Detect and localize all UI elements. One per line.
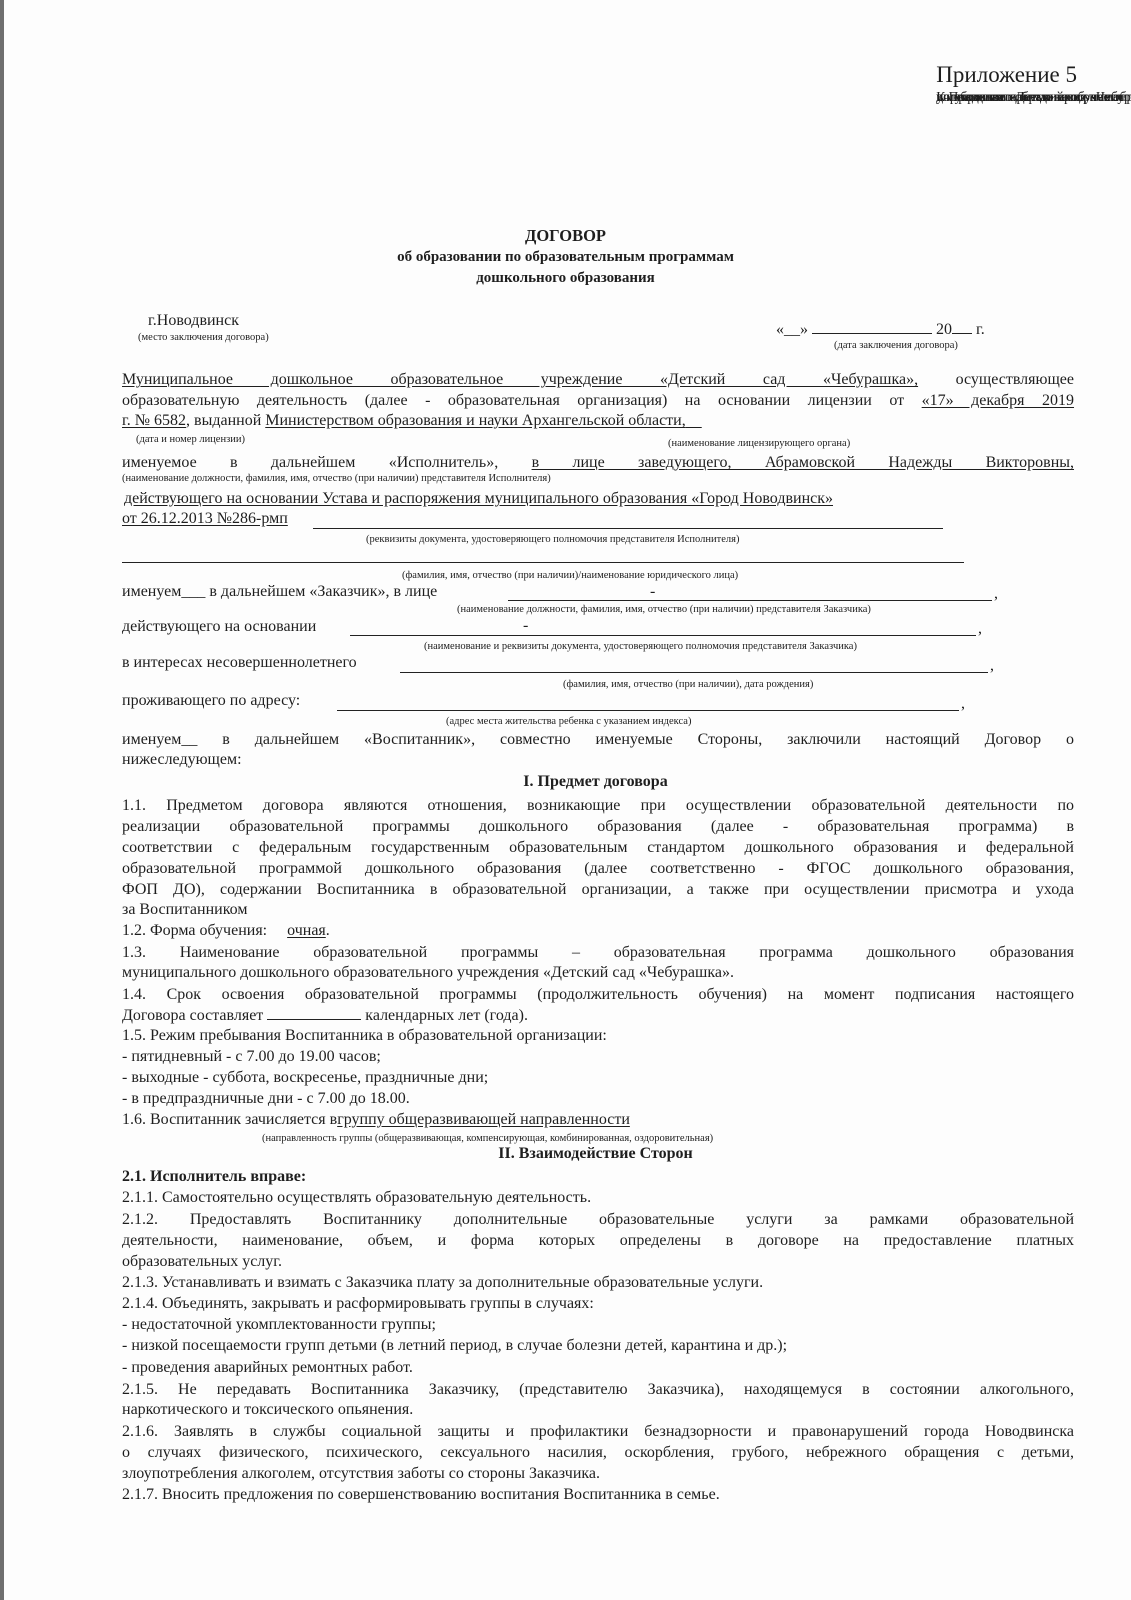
clause-1-6: 1.6. Воспитанник зачисляется вгруппу общ… (122, 1110, 630, 1130)
date-caption: (дата заключения договора) (834, 340, 958, 352)
parties-line: образовательную деятельность (далее - об… (122, 390, 1074, 411)
clause-2-1-line: - проведения аварийных ремонтных работ. (122, 1358, 413, 1378)
parties-line: г. № 6582, выданной Министерством образо… (122, 411, 702, 431)
document-title: ДОГОВОР (0, 226, 1131, 246)
authority-doc-caption: (реквизиты документа, удостоверяющего по… (366, 534, 739, 546)
address-label: проживающего по адресу: (122, 691, 300, 711)
section-2-title: II. Взаимодействие Сторон (30, 1145, 1131, 1163)
clause-1-4: Договора составляет календарных лет (год… (122, 1005, 528, 1026)
customer-label: именуем___ в дальнейшем «Заказчик», в ли… (122, 582, 437, 602)
section-1-title: I. Предмет договора (30, 773, 1131, 791)
license-caption: (дата и номер лицензии) (136, 434, 245, 446)
signature-rule (313, 528, 943, 529)
clause-1-2: 1.2. Форма обучения: очная. (122, 921, 330, 941)
clause-2-1-line: 2.1.2. Предоставлять Воспитаннику дополн… (122, 1209, 1074, 1230)
address-caption: (адрес места жительства ребенка с указан… (446, 716, 691, 728)
comma: , (994, 584, 998, 604)
customer-rep-dash: - (650, 582, 655, 602)
clause-2-1-line: о случаях физического, психического, сек… (122, 1442, 1074, 1463)
clause-2-1-line: - недостаточной укомплектованности групп… (122, 1315, 436, 1335)
clause-1-1: соответствии с федеральным государственн… (122, 837, 1074, 858)
clause-2-1-line: злоупотребления алкоголем, отсутствия за… (122, 1464, 600, 1484)
clause-1-1: реализации образовательной программы дош… (122, 816, 1074, 837)
comma: , (978, 619, 982, 639)
basis-field[interactable] (350, 635, 976, 636)
parties-line: именуемое в дальнейшем «Исполнитель», в … (122, 452, 1074, 473)
address-field[interactable] (337, 710, 959, 711)
parties-line: Муниципальное дошкольное образовательное… (122, 369, 1074, 390)
clause-1-1: ФОП ДО), содержании Воспитанника в образ… (122, 879, 1074, 900)
clause-1-5: - в предпраздничные дни - с 7.00 до 18.0… (122, 1089, 410, 1109)
customer-caption: (фамилия, имя, отчество (при наличии)/на… (402, 570, 738, 582)
clause-2-1-line: наркотического и токсического опьянения. (122, 1400, 413, 1420)
contract-city: г.Новодвинск (148, 311, 239, 331)
contract-date: «__» 20 г. (776, 319, 985, 340)
comma: , (961, 694, 965, 714)
clause-2-1-line: образовательных услуг. (122, 1252, 282, 1272)
licensor-caption: (наименование лицензирующего органа) (668, 438, 850, 450)
clause-2-1-line: 2.1.1. Самостоятельно осуществлять образ… (122, 1188, 591, 1208)
clause-1-3: муниципального дошкольного образовательн… (122, 963, 734, 983)
clause-1-3: 1.3. Наименование образовательной програ… (122, 942, 1074, 963)
clause-1-5: 1.5. Режим пребывания Воспитанника в обр… (122, 1026, 607, 1046)
study-form-value: очная (287, 922, 326, 939)
clause-2-1-line: - низкой посещаемости групп детьми (в ле… (122, 1336, 787, 1356)
appendix-block: Приложение 5 К Правилам приема на обучен… (936, 62, 1077, 88)
date-year-field[interactable] (952, 319, 972, 334)
clause-2-1-line: деятельности, наименование, объем, и фор… (122, 1230, 1074, 1251)
customer-name-field[interactable] (122, 562, 964, 563)
customer-rep-caption: (наименование должности, фамилия, имя, о… (457, 604, 871, 616)
representative-caption: (наименование должности, фамилия, имя, о… (122, 473, 551, 485)
customer-rep-field[interactable] (508, 600, 992, 601)
group-type-caption: (направленность группы (общеразвивающая,… (262, 1133, 713, 1145)
clause-1-1: за Воспитанником (122, 900, 247, 920)
document-subtitle: дошкольного образования (0, 270, 1131, 287)
minor-field[interactable] (400, 672, 988, 673)
basis-dash: - (523, 616, 528, 636)
comma: , (990, 656, 994, 676)
clause-1-5: - пятидневный - с 7.00 до 19.00 часов; (122, 1047, 381, 1067)
parties-line: от 26.12.2013 №286-рмп (122, 509, 288, 529)
clause-2-1-heading: 2.1. Исполнитель вправе: (122, 1167, 306, 1187)
minor-label: в интересах несовершеннолетнего (122, 653, 357, 673)
clause-2-1-line: 2.1.7. Вносить предложения по совершенст… (122, 1485, 720, 1505)
clause-1-1: образовательной программой дошкольного о… (122, 858, 1074, 879)
study-duration-field[interactable] (267, 1005, 361, 1020)
basis-label: действующего на основании (122, 617, 316, 637)
minor-caption: (фамилия, имя, отчество (при наличии), д… (563, 679, 813, 691)
document-subtitle: об образовании по образовательным програ… (0, 249, 1131, 266)
date-month-field[interactable] (812, 319, 932, 334)
clause-1-1: 1.1. Предметом договора являются отношен… (122, 795, 1074, 816)
clause-1-4: 1.4. Срок освоения образовательной прогр… (122, 984, 1074, 1005)
closing-line: именуем__ в дальнейшем «Воспитанник», со… (122, 729, 1074, 750)
basis-caption: (наименование и реквизиты документа, удо… (424, 641, 857, 653)
closing-line: нижеследующем: (122, 750, 242, 770)
clause-1-5: - выходные - суббота, воскресенье, празд… (122, 1068, 488, 1088)
clause-2-1-line: 2.1.6. Заявлять в службы социальной защи… (122, 1421, 1074, 1442)
clause-2-1-line: 2.1.3. Устанавливать и взимать с Заказчи… (122, 1273, 763, 1293)
group-type-value: группу общеразвивающей направленности (337, 1111, 630, 1128)
clause-2-1-line: 2.1.5. Не передавать Воспитанника Заказч… (122, 1379, 1074, 1400)
appendix-title: Приложение 5 (936, 62, 1077, 88)
city-caption: (место заключения договора) (138, 332, 269, 344)
parties-line: действующего на основании Устава и распо… (124, 489, 833, 509)
appendix-line: учреждение «Детский сад «Чебурашка» (936, 88, 1131, 105)
clause-2-1-line: 2.1.4. Объединять, закрывать и расформир… (122, 1294, 594, 1314)
